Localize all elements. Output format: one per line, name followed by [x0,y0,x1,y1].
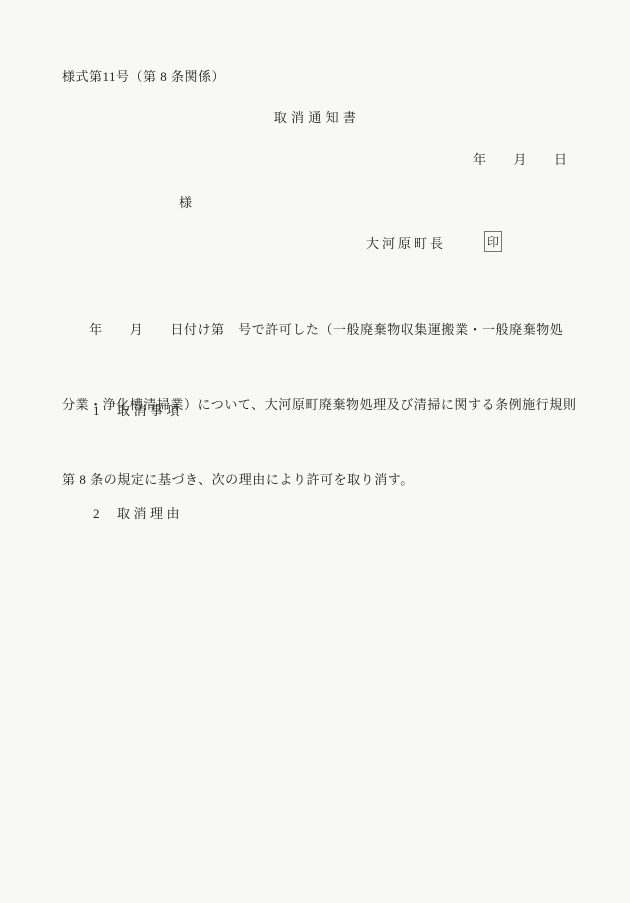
form-number: 様式第11号（第 8 条関係） [62,66,225,85]
seal-placeholder-box: 印 [484,231,502,252]
seal-character: 印 [487,233,499,250]
item-2-number: 2 [93,506,117,522]
issuer-title: 大河原町長 [366,233,446,252]
item-cancellation-reason: 2取消理由 [78,487,183,538]
body-line-1: 年 月 日付け第 号で許可した（一般廃棄物収集運搬業・一般廃棄物処 [62,317,578,342]
item-cancellation-matters: 1取消事項 [78,384,183,435]
document-page: 様式第11号（第 8 条関係） 取消通知書 年 月 日 様 大河原町長 印 年 … [0,0,630,903]
item-1-label: 取消事項 [117,403,183,418]
date-line: 年 月 日 [473,149,568,168]
addressee-suffix: 様 [179,192,192,211]
item-2-label: 取消理由 [117,506,183,521]
document-title: 取消通知書 [0,107,630,126]
item-1-number: 1 [93,403,117,419]
